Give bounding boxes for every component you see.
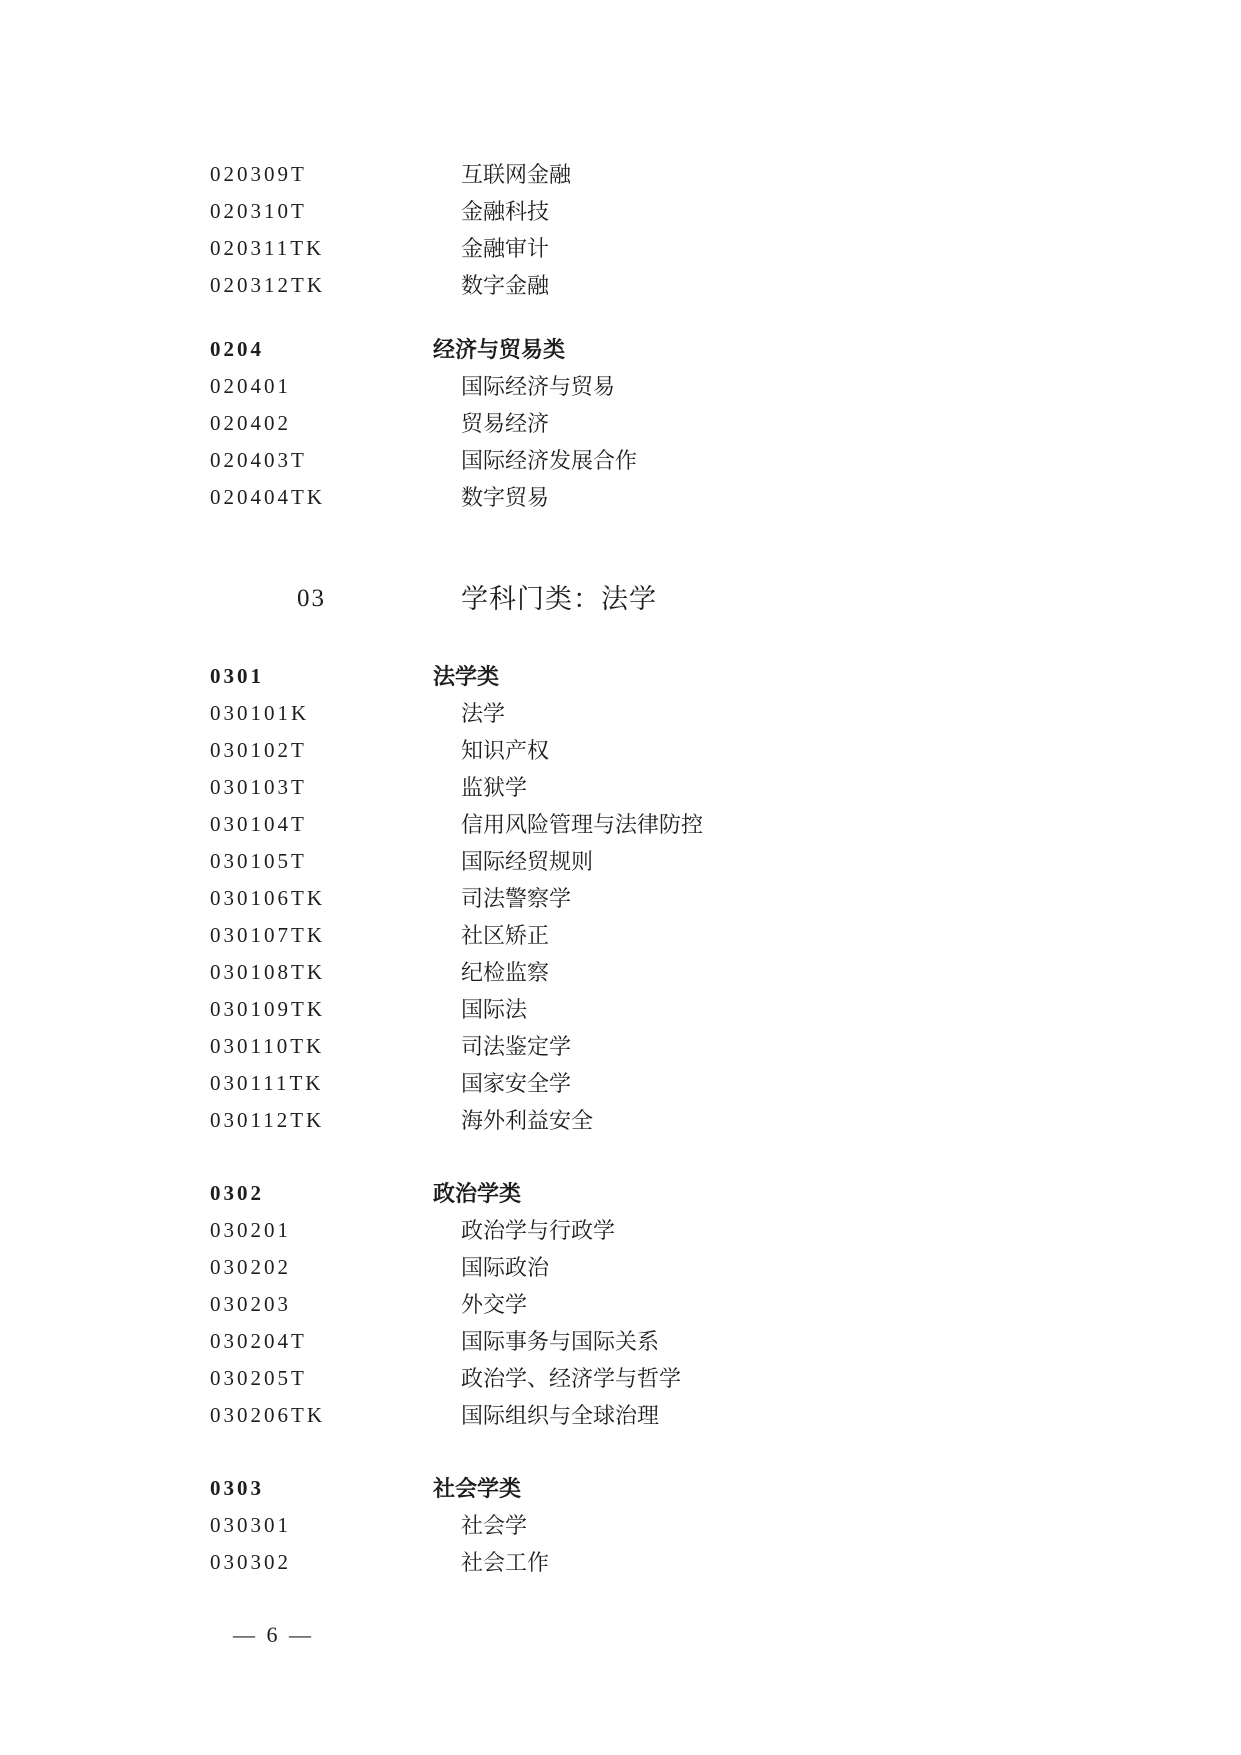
- major-code: 030204T: [210, 1323, 433, 1360]
- major-row: 020309T互联网金融: [210, 156, 703, 193]
- major-code: 030101K: [210, 695, 433, 732]
- major-name: 社会工作: [461, 1550, 549, 1575]
- major-code: 030112TK: [210, 1102, 433, 1139]
- major-name: 贸易经济: [461, 411, 549, 436]
- major-code: 030201: [210, 1212, 433, 1249]
- major-row: 030302社会工作: [210, 1544, 703, 1581]
- major-name: 纪检监察: [461, 960, 549, 985]
- category-name: 法学类: [433, 664, 499, 689]
- category-code: 0302: [210, 1175, 433, 1212]
- major-code: 020401: [210, 368, 433, 405]
- major-name: 金融审计: [461, 236, 549, 261]
- category-name: 经济与贸易类: [433, 337, 565, 362]
- major-row: 030108TK纪检监察: [210, 954, 703, 991]
- major-row: 030105T国际经贸规则: [210, 843, 703, 880]
- major-name: 政治学与行政学: [461, 1218, 615, 1243]
- major-row: 020402贸易经济: [210, 405, 703, 442]
- major-code: 030105T: [210, 843, 433, 880]
- major-row: 020401国际经济与贸易: [210, 368, 703, 405]
- category-code: 0204: [210, 331, 433, 368]
- major-row: 030109TK国际法: [210, 991, 703, 1028]
- major-name: 法学: [461, 701, 505, 726]
- major-row: 030101K法学: [210, 695, 703, 732]
- major-code: 020310T: [210, 193, 433, 230]
- major-code: 030302: [210, 1544, 433, 1581]
- major-row: 030112TK海外利益安全: [210, 1102, 703, 1139]
- major-code: 030107TK: [210, 917, 433, 954]
- major-name: 数字金融: [461, 273, 549, 298]
- major-code: 020312TK: [210, 267, 433, 304]
- major-name: 信用风险管理与法律防控: [461, 812, 703, 837]
- major-name: 司法警察学: [461, 886, 571, 911]
- major-row: 030301社会学: [210, 1507, 703, 1544]
- major-row: 030110TK司法鉴定学: [210, 1028, 703, 1065]
- category-name: 社会学类: [433, 1476, 521, 1501]
- major-group: 0303社会学类030301社会学030302社会工作: [210, 1470, 703, 1581]
- document-page: 020309T互联网金融020310T金融科技020311TK金融审计02031…: [0, 0, 1241, 1755]
- major-group: 020309T互联网金融020310T金融科技020311TK金融审计02031…: [210, 156, 703, 304]
- major-code: 030202: [210, 1249, 433, 1286]
- major-name: 国际经济发展合作: [461, 448, 637, 473]
- category-row: 0303社会学类: [210, 1470, 703, 1507]
- major-row: 020311TK金融审计: [210, 230, 703, 267]
- major-row: 030205T政治学、经济学与哲学: [210, 1360, 703, 1397]
- discipline-header: 03学科门类：法学: [210, 577, 703, 621]
- major-name: 社会学: [461, 1513, 527, 1538]
- major-row: 030202国际政治: [210, 1249, 703, 1286]
- major-code: 030301: [210, 1507, 433, 1544]
- category-row: 0204经济与贸易类: [210, 331, 703, 368]
- major-code: 030102T: [210, 732, 433, 769]
- major-name: 知识产权: [461, 738, 549, 763]
- discipline-header-code: 03: [297, 577, 326, 621]
- major-group: 0204经济与贸易类020401国际经济与贸易020402贸易经济020403T…: [210, 331, 703, 516]
- major-row: 030111TK国家安全学: [210, 1065, 703, 1102]
- major-name: 国际经贸规则: [461, 849, 593, 874]
- major-name: 数字贸易: [461, 485, 549, 510]
- major-row: 030204T国际事务与国际关系: [210, 1323, 703, 1360]
- major-row: 030206TK国际组织与全球治理: [210, 1397, 703, 1434]
- major-row: 030102T知识产权: [210, 732, 703, 769]
- major-group: 0302政治学类030201政治学与行政学030202国际政治030203外交学…: [210, 1175, 703, 1434]
- major-code: 030111TK: [210, 1065, 433, 1102]
- major-row: 030106TK司法警察学: [210, 880, 703, 917]
- major-row: 030104T信用风险管理与法律防控: [210, 806, 703, 843]
- major-code: 030109TK: [210, 991, 433, 1028]
- major-name: 司法鉴定学: [461, 1034, 571, 1059]
- major-row: 030107TK社区矫正: [210, 917, 703, 954]
- major-code: 030205T: [210, 1360, 433, 1397]
- major-row: 030103T监狱学: [210, 769, 703, 806]
- major-code: 020311TK: [210, 230, 433, 267]
- major-row: 020404TK数字贸易: [210, 479, 703, 516]
- major-row: 030203外交学: [210, 1286, 703, 1323]
- major-name: 政治学、经济学与哲学: [461, 1366, 681, 1391]
- major-row: 020403T国际经济发展合作: [210, 442, 703, 479]
- category-code: 0301: [210, 658, 433, 695]
- major-code: 030108TK: [210, 954, 433, 991]
- major-name: 国际经济与贸易: [461, 374, 615, 399]
- major-code: 030203: [210, 1286, 433, 1323]
- major-name: 国际事务与国际关系: [461, 1329, 659, 1354]
- major-code: 030106TK: [210, 880, 433, 917]
- major-name: 外交学: [461, 1292, 527, 1317]
- major-group: 0301法学类030101K法学030102T知识产权030103T监狱学030…: [210, 658, 703, 1139]
- major-catalog-content: 020309T互联网金融020310T金融科技020311TK金融审计02031…: [210, 156, 703, 1581]
- discipline-header-title: 学科门类：法学: [461, 577, 657, 621]
- page-number: — 6 —: [233, 1616, 311, 1653]
- major-code: 030110TK: [210, 1028, 433, 1065]
- major-code: 020309T: [210, 156, 433, 193]
- major-name: 海外利益安全: [461, 1108, 593, 1133]
- major-name: 国家安全学: [461, 1071, 571, 1096]
- major-code: 020403T: [210, 442, 433, 479]
- category-code: 0303: [210, 1470, 433, 1507]
- category-name: 政治学类: [433, 1181, 521, 1206]
- major-name: 互联网金融: [461, 162, 571, 187]
- major-name: 国际组织与全球治理: [461, 1403, 659, 1428]
- major-name: 社区矫正: [461, 923, 549, 948]
- category-row: 0301法学类: [210, 658, 703, 695]
- major-row: 030201政治学与行政学: [210, 1212, 703, 1249]
- major-code: 020402: [210, 405, 433, 442]
- major-name: 国际法: [461, 997, 527, 1022]
- major-row: 020310T金融科技: [210, 193, 703, 230]
- major-code: 020404TK: [210, 479, 433, 516]
- major-code: 030103T: [210, 769, 433, 806]
- major-name: 金融科技: [461, 199, 549, 224]
- major-row: 020312TK数字金融: [210, 267, 703, 304]
- major-name: 监狱学: [461, 775, 527, 800]
- major-code: 030206TK: [210, 1397, 433, 1434]
- category-row: 0302政治学类: [210, 1175, 703, 1212]
- major-name: 国际政治: [461, 1255, 549, 1280]
- major-code: 030104T: [210, 806, 433, 843]
